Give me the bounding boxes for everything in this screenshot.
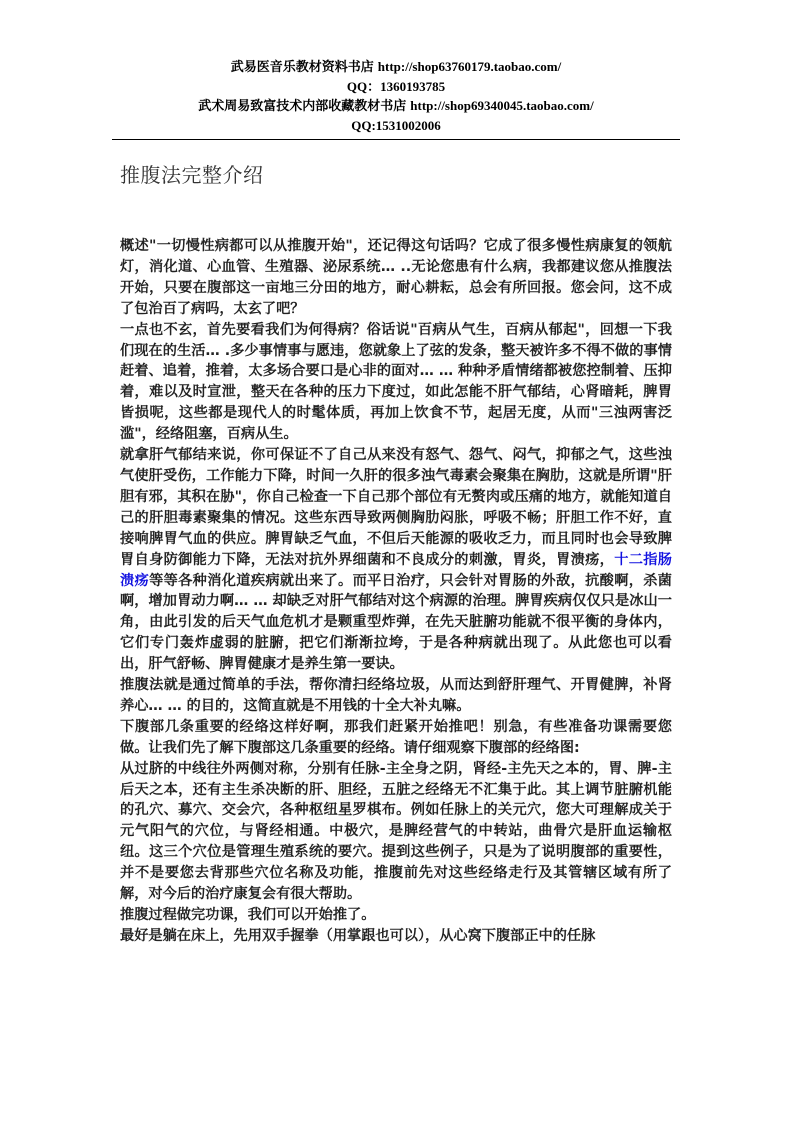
- page-header: 武易医音乐教材资料书店http://shop63760179.taobao.co…: [112, 57, 680, 135]
- header-divider: [112, 139, 680, 140]
- shop-url-2: http://shop69340045.taobao.com/: [410, 98, 593, 113]
- page-title: 推腹法完整介绍: [120, 162, 264, 188]
- document-body: 概述"一切慢性病都可以从推腹开始"，还记得这句话吗？它成了很多慢性病康复的领航灯…: [120, 236, 672, 947]
- header-line-3: 武术周易致富技术内部收藏教材书店http://shop69340045.taob…: [112, 96, 680, 116]
- paragraph-cause: 一点也不玄，首先要看我们为何得病？俗话说"百病从气生，百病从郁起"，回想一下我们…: [120, 320, 672, 445]
- paragraph-procedure: 最好是躺在床上，先用双手握拳（用掌跟也可以），从心窝下腹部正中的任脉: [120, 926, 672, 947]
- paragraph-method: 推腹法就是通过简单的手法，帮你清扫经络垃圾，从而达到舒肝理气、开胃健脾，补肾养心…: [120, 675, 672, 717]
- qq-number-1: QQ：1360193785: [112, 77, 680, 96]
- header-line-1: 武易医音乐教材资料书店http://shop63760179.taobao.co…: [112, 57, 680, 77]
- paragraph-meridians-intro: 下腹部几条重要的经络这样好啊，那我们赶紧开始推吧！别急，有些准备功课需要您做。让…: [120, 717, 672, 759]
- paragraph-start: 推腹过程做完功课，我们可以开始推了。: [120, 905, 672, 926]
- paragraph-overview: 概述"一切慢性病都可以从推腹开始"，还记得这句话吗？它成了很多慢性病康复的领航灯…: [120, 236, 672, 320]
- qq-number-2: QQ:1531002006: [112, 116, 680, 135]
- shop-name-1: 武易医音乐教材资料书店: [231, 60, 374, 75]
- shop-url-1: http://shop63760179.taobao.com/: [378, 59, 561, 74]
- shop-name-2: 武术周易致富技术内部收藏教材书店: [198, 99, 406, 114]
- paragraph-meridians-detail: 从过脐的中线往外两侧对称，分别有任脉-主全身之阴，肾经-主先天之本的，胃、脾-主…: [120, 759, 672, 905]
- paragraph-liver-qi-cont: 等等各种消化道疾病就出来了。而平日治疗，只会针对胃肠的外敌，抗酸啊，杀菌啊，增加…: [120, 573, 672, 673]
- paragraph-liver-qi: 就拿肝气郁结来说，你可保证不了自己从来没有怒气、怨气、闷气，抑郁之气，这些浊气使…: [120, 445, 672, 675]
- paragraph-liver-qi-text: 就拿肝气郁结来说，你可保证不了自己从来没有怒气、怨气、闷气，抑郁之气，这些浊气使…: [120, 447, 672, 568]
